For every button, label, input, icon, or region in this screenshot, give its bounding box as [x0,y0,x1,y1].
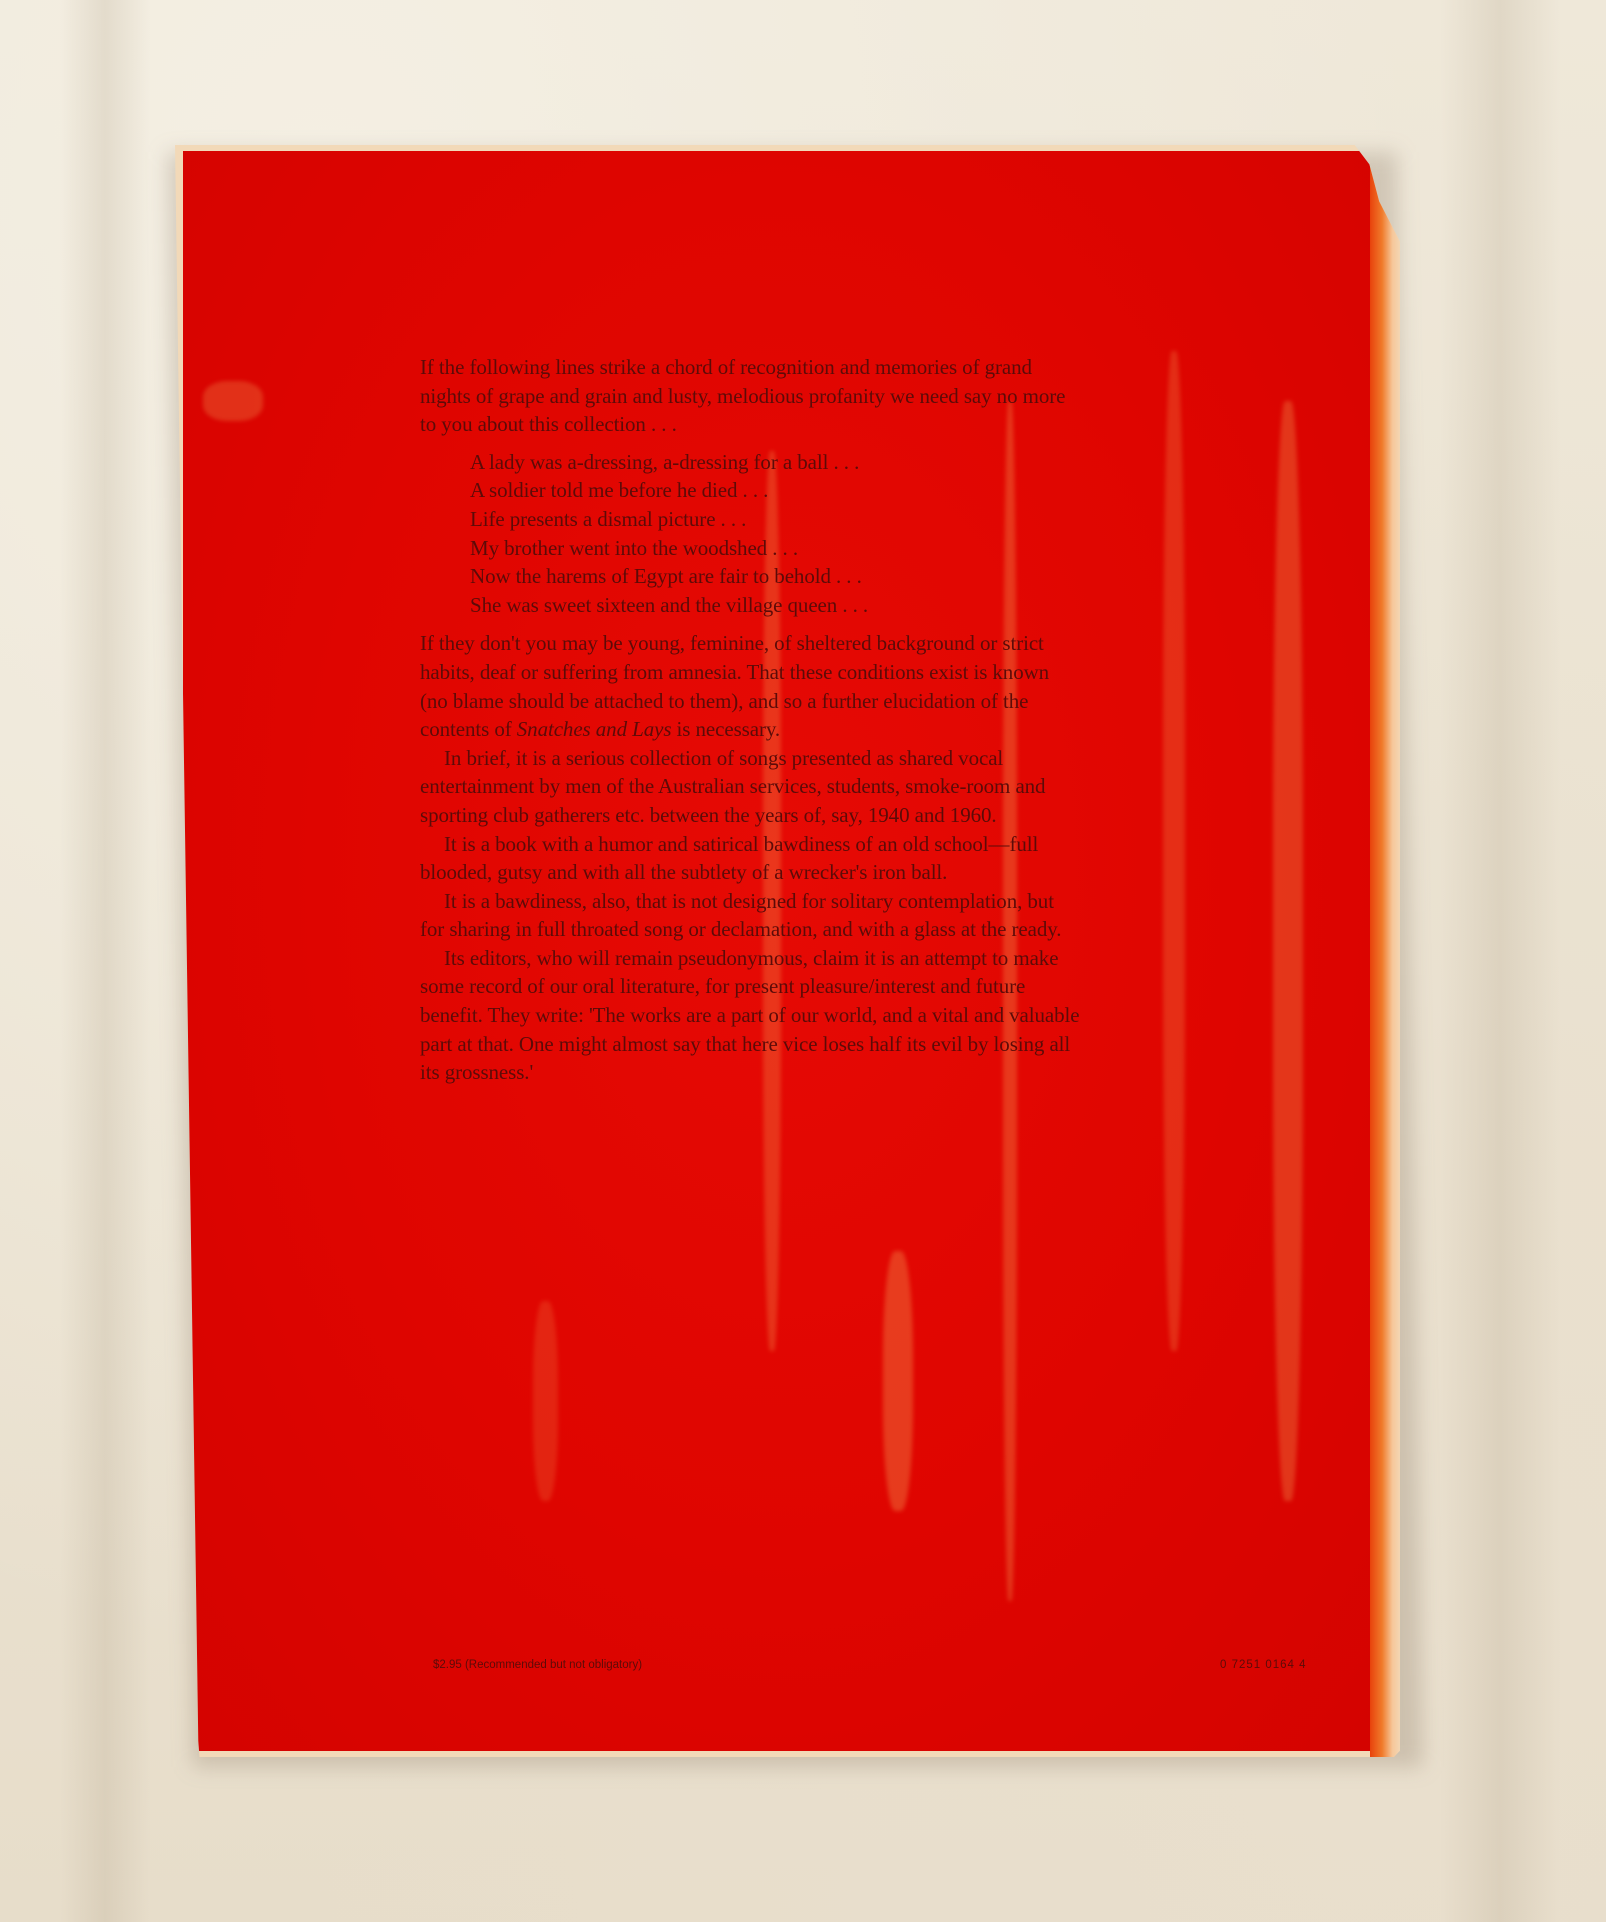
paragraph: It is a bawdiness, also, that is not des… [420,887,1080,944]
poem-line: A soldier told me before he died . . . [470,476,1080,505]
poem-line: Life presents a dismal picture . . . [470,505,1080,534]
paragraph: Its editors, who will remain pseudonymou… [420,944,1080,1087]
paragraph: In brief, it is a serious collection of … [420,744,1080,830]
price-label: $2.95 (Recommended but not obligatory) [433,1659,642,1671]
wear-mark [203,381,263,421]
poem-line: My brother went into the woodshed . . . [470,534,1080,563]
wear-mark [1163,351,1185,1351]
blurb: If the following lines strike a chord of… [420,353,1080,1087]
isbn-label: 0 7251 0164 4 [1220,1659,1307,1671]
wear-mark [883,1251,913,1511]
poem-excerpts: A lady was a-dressing, a-dressing for a … [470,448,1080,620]
poem-line: She was sweet sixteen and the village qu… [470,591,1080,620]
cloth-fold [60,0,150,1922]
intro-paragraph: If the following lines strike a chord of… [420,353,1080,439]
cloth-fold [1440,0,1560,1922]
book-title: Snatches and Lays [517,717,672,741]
spine-edge [1370,145,1400,1757]
paragraph: If they don't you may be young, feminine… [420,629,1080,743]
wear-mark [533,1301,558,1501]
poem-line: A lady was a-dressing, a-dressing for a … [470,448,1080,477]
wear-mark [1273,401,1303,1501]
poem-line: Now the harems of Egypt are fair to beho… [470,562,1080,591]
paragraph: It is a book with a humor and satirical … [420,830,1080,887]
